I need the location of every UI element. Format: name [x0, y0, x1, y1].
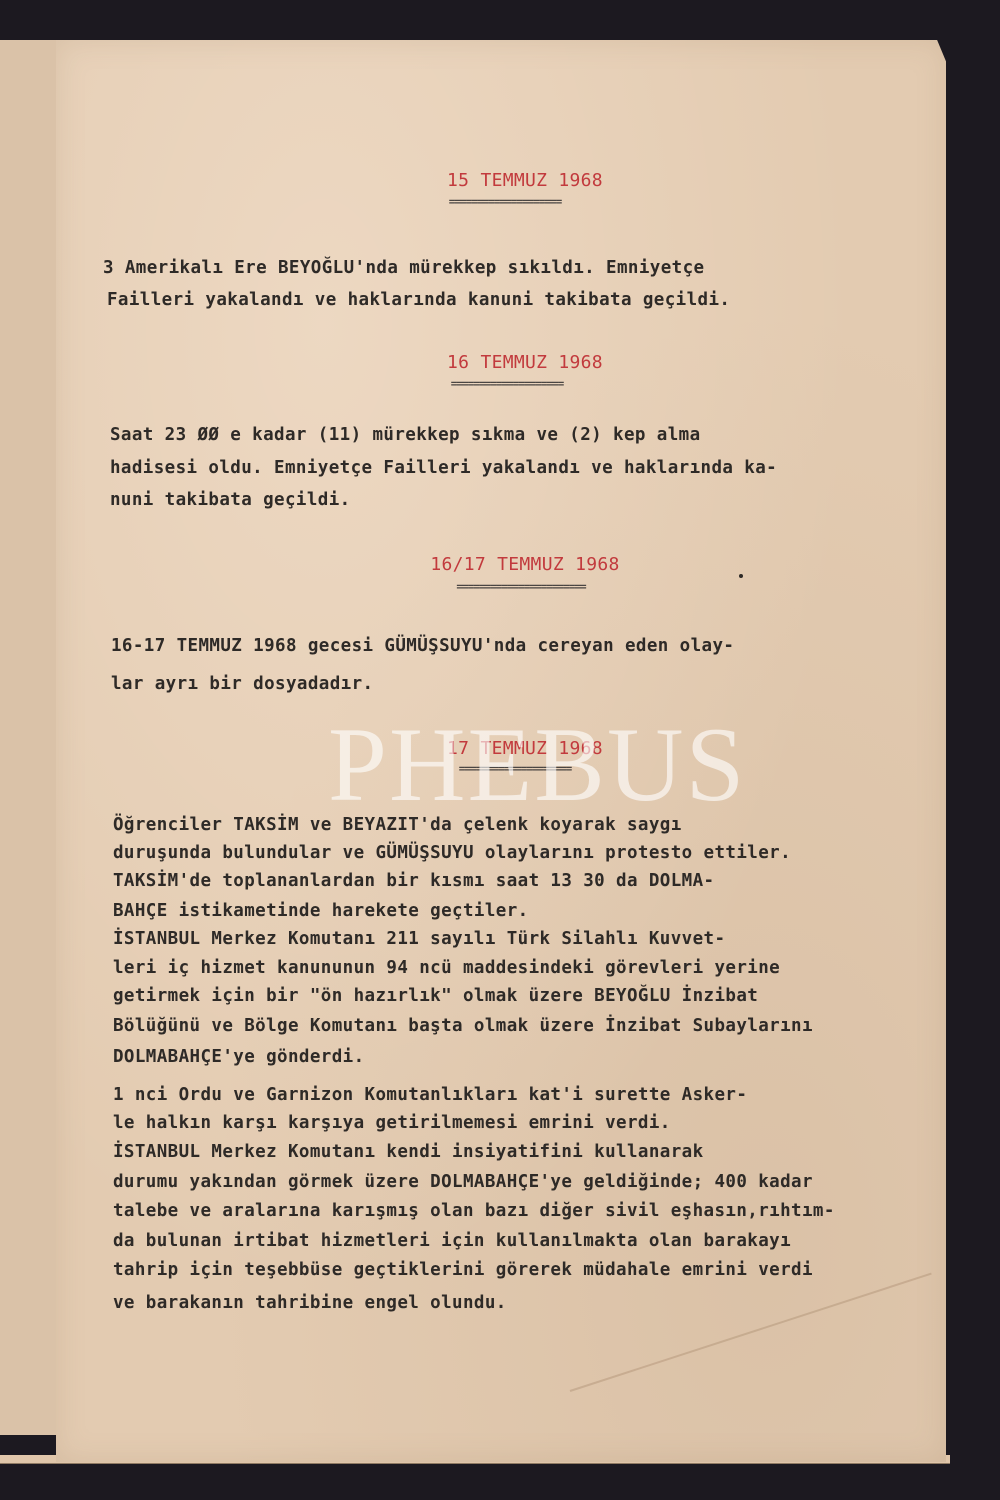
body-line: durumu yakından görmek üzere DOLMABAHÇE'… — [113, 1172, 813, 1192]
body-line: 1 nci Ordu ve Garnizon Komutanlıkları ka… — [113, 1085, 747, 1105]
heading-underline: ======================= — [101, 580, 941, 593]
body-line: da bulunan irtibat hizmetleri için kulla… — [113, 1231, 791, 1251]
body-line: lar ayrı bir dosyadadır. — [111, 674, 373, 694]
body-line: le halkın karşı karşıya getirilmemesi em… — [113, 1113, 671, 1133]
body-line: İSTANBUL Merkez Komutanı kendi insiyatif… — [113, 1142, 704, 1162]
section-heading-16-temmuz: 16 TEMMUZ 1968 — [105, 352, 945, 373]
body-line: talebe ve aralarına karışmış olan bazı d… — [113, 1201, 835, 1221]
body-line: Saat 23 ØØ e kadar (11) mürekkep sıkma v… — [110, 425, 701, 445]
body-line: TAKSİM'de toplananlardan bir kısmı saat … — [113, 871, 714, 891]
ink-speck — [739, 574, 743, 578]
body-line: tahrip için teşebbüse geçtiklerini görer… — [113, 1260, 813, 1280]
heading-underline: ==================== — [87, 377, 927, 390]
body-line: DOLMABAHÇE'ye gönderdi. — [113, 1047, 365, 1067]
body-line: 3 Amerikalı Ere BEYOĞLU'nda mürekkep sık… — [103, 258, 704, 278]
body-line: Failleri yakalandı ve haklarında kanuni … — [107, 290, 730, 310]
body-line: leri iç hizmet kanununun 94 ncü maddesin… — [113, 958, 780, 978]
body-line: getirmek için bir "ön hazırlık" olmak üz… — [113, 986, 758, 1006]
section-heading-16-17-temmuz: 16/17 TEMMUZ 1968 — [105, 554, 945, 575]
body-line: duruşunda bulundular ve GÜMÜŞSUYU olayla… — [113, 843, 791, 863]
body-line: BAHÇE istikametinde harekete geçtiler. — [113, 901, 529, 921]
scanned-document-scene: 15 TEMMUZ 1968 ==================== 3 Am… — [0, 0, 1000, 1500]
body-line: Bölüğünü ve Bölge Komutanı başta olmak ü… — [113, 1016, 813, 1036]
body-line: hadisesi oldu. Emniyetçe Failleri yakala… — [110, 458, 777, 478]
body-line: nuni takibata geçildi. — [110, 490, 351, 510]
body-line: 16-17 TEMMUZ 1968 gecesi GÜMÜŞSUYU'nda c… — [111, 636, 734, 656]
body-line: ve barakanın tahribine engel olundu. — [113, 1293, 507, 1313]
section-heading-15-temmuz: 15 TEMMUZ 1968 — [105, 170, 945, 191]
underlying-page-edge — [0, 40, 59, 1435]
body-line: İSTANBUL Merkez Komutanı 211 sayılı Türk… — [113, 929, 725, 949]
watermark: PHEBUS — [328, 712, 746, 818]
heading-underline: ==================== — [85, 195, 925, 208]
